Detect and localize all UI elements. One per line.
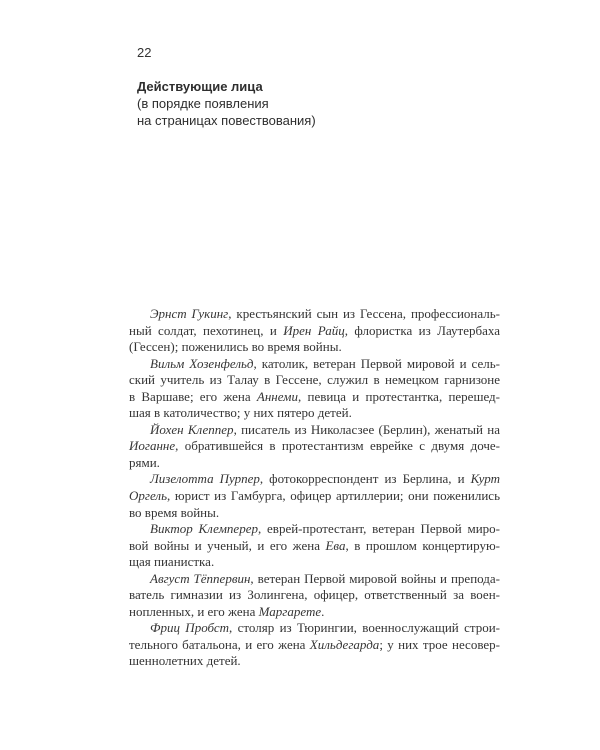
character-name: Ирен Райц: [283, 323, 344, 338]
paragraph: Фриц Пробст, столяр из Тюрингии, военнос…: [129, 620, 500, 670]
text-line: шеннолетних детей.: [129, 653, 500, 670]
paragraphs: Эрнст Гукинг, крестьянский сын из Гессен…: [129, 306, 500, 670]
section-subtitle-line-1: (в порядке появления: [137, 96, 316, 113]
section-header: Действующие лица (в порядке появления на…: [137, 79, 316, 129]
character-name: Август Тёппервин: [150, 571, 250, 586]
text-segment: .: [321, 604, 324, 619]
text-segment: , крестьянский сын из Гессена, профессио…: [228, 306, 500, 321]
text-segment: , фотокорреспондент из Берлина, и: [260, 471, 471, 486]
character-name: Эрнст Гукинг: [150, 306, 228, 321]
text-line: вой войны и ученый, и его жена Ева, в пр…: [129, 538, 500, 555]
text-line: Лизелотта Пурпер, фотокорреспондент из Б…: [129, 471, 500, 488]
text-segment: , столяр из Тюрингии, военнослужащий стр…: [229, 620, 500, 635]
character-name: Ева: [325, 538, 345, 553]
text-line: шая в католичество; у них пятеро детей.: [129, 405, 500, 422]
text-segment: нопленных, и его жена: [129, 604, 259, 619]
text-line: ватель гимназии из Золингена, офицер, от…: [129, 587, 500, 604]
section-title: Действующие лица: [137, 79, 316, 96]
section-subtitle-line-2: на страницах повествования): [137, 113, 316, 130]
text-segment: вой войны и ученый, и его жена: [129, 538, 325, 553]
character-name: Вильм Хозенфельд: [150, 356, 253, 371]
text-segment: , певица и протестантка, перешед-: [298, 389, 500, 404]
paragraph: Вильм Хозенфельд, католик, ветеран Перво…: [129, 356, 500, 422]
text-segment: шая в католичество; у них пятеро детей.: [129, 405, 352, 420]
text-segment: , в прошлом концертирую-: [345, 538, 500, 553]
text-segment: , флористка из Лаутербаха: [345, 323, 500, 338]
text-segment: , еврей-протестант, ветеран Первой миро-: [258, 521, 500, 536]
page-number: 22: [137, 45, 151, 61]
text-line: Йохен Клеппер, писатель из Николасзее (Б…: [129, 422, 500, 439]
text-segment: во время войны.: [129, 505, 219, 520]
text-line: тельного батальона, и его жена Хильдегар…: [129, 637, 500, 654]
text-line: Эрнст Гукинг, крестьянский сын из Гессен…: [129, 306, 500, 323]
character-name: Йохен Клеппер: [150, 422, 234, 437]
paragraph: Эрнст Гукинг, крестьянский сын из Гессен…: [129, 306, 500, 356]
text-segment: , писатель из Николасзее (Берлин), женат…: [234, 422, 500, 437]
text-line: Август Тёппервин, ветеран Первой мировой…: [129, 571, 500, 588]
text-line: нопленных, и его жена Маргарете.: [129, 604, 500, 621]
text-line: ный солдат, пехотинец, и Ирен Райц, флор…: [129, 323, 500, 340]
text-line: Виктор Клемперер, еврей-протестант, вете…: [129, 521, 500, 538]
text-segment: (Гессен); поженились во время войны.: [129, 339, 342, 354]
text-line: щая пианистка.: [129, 554, 500, 571]
text-line: (Гессен); поженились во время войны.: [129, 339, 500, 356]
character-name: Лизелотта Пурпер: [150, 471, 260, 486]
text-segment: тельного батальона, и его жена: [129, 637, 310, 652]
text-segment: шеннолетних детей.: [129, 653, 241, 668]
text-line: рями.: [129, 455, 500, 472]
character-name: Хильдегарда: [310, 637, 380, 652]
text-segment: , обратившейся в протестантизм еврейке с…: [175, 438, 500, 453]
paragraph: Август Тёппервин, ветеран Первой мировой…: [129, 571, 500, 621]
text-segment: ; у них трое несовер-: [379, 637, 500, 652]
text-segment: ский учитель из Талау в Гессене, служил …: [129, 372, 500, 387]
text-segment: , ветеран Первой мировой войны и препода…: [250, 571, 500, 586]
character-name: Виктор Клемперер: [150, 521, 258, 536]
text-segment: ватель гимназии из Золингена, офицер, от…: [129, 587, 500, 602]
text-segment: , католик, ветеран Первой мировой и сель…: [253, 356, 500, 371]
paragraph: Йохен Клеппер, писатель из Николасзее (Б…: [129, 422, 500, 472]
text-line: Иоганне, обратившейся в протестантизм ев…: [129, 438, 500, 455]
text-line: в Варшаве; его жена Аннеми, певица и про…: [129, 389, 500, 406]
text-line: во время войны.: [129, 505, 500, 522]
character-name: Фриц Пробст: [150, 620, 229, 635]
character-name: Иоганне: [129, 438, 175, 453]
character-name: Оргель: [129, 488, 167, 503]
paragraph: Виктор Клемперер, еврей-протестант, вете…: [129, 521, 500, 571]
text-segment: ный солдат, пехотинец, и: [129, 323, 283, 338]
book-page: 22 Действующие лица (в порядке появления…: [0, 0, 600, 750]
character-name: Аннеми: [257, 389, 298, 404]
text-segment: щая пианистка.: [129, 554, 214, 569]
text-line: Вильм Хозенфельд, католик, ветеран Перво…: [129, 356, 500, 373]
text-segment: , юрист из Гамбурга, офицер артиллерии; …: [167, 488, 500, 503]
text-line: ский учитель из Талау в Гессене, служил …: [129, 372, 500, 389]
text-line: Оргель, юрист из Гамбурга, офицер артилл…: [129, 488, 500, 505]
character-name: Маргарете: [259, 604, 321, 619]
text-line: Фриц Пробст, столяр из Тюрингии, военнос…: [129, 620, 500, 637]
character-name: Курт: [471, 471, 500, 486]
text-segment: рями.: [129, 455, 160, 470]
text-segment: в Варшаве; его жена: [129, 389, 257, 404]
paragraph: Лизелотта Пурпер, фотокорреспондент из Б…: [129, 471, 500, 521]
